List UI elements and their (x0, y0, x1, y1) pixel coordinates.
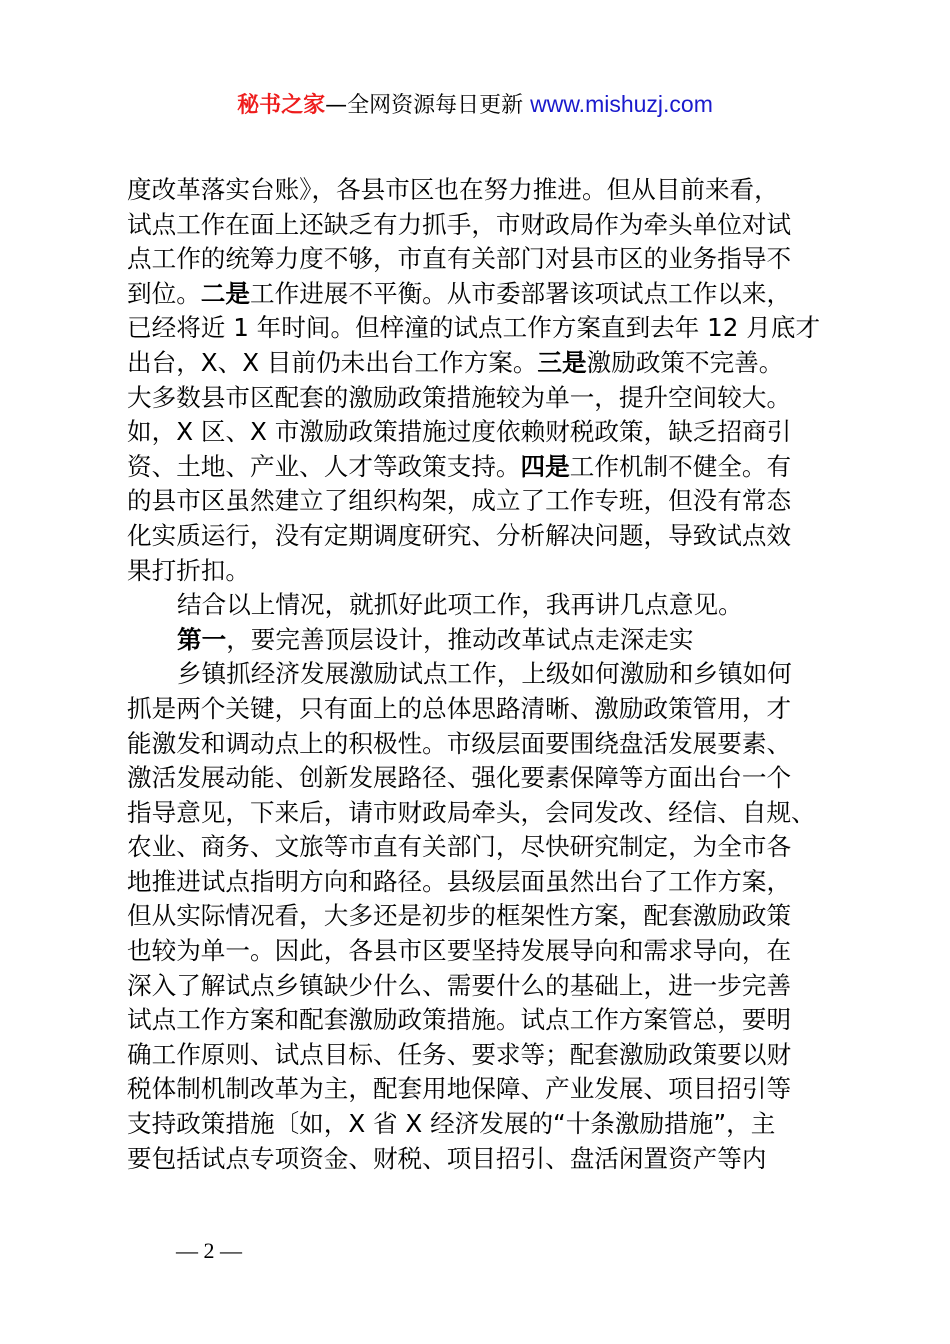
emphasis-label: 四是 (521, 452, 570, 481)
line-text: 税体制机制改革为主，配套用地保障、产业发展、项目招引等 (127, 1074, 791, 1103)
line-text: 结合以上情况，就抓好此项工作，我再讲几点意见。 (177, 590, 743, 619)
text-line: 如，X 区、X 市激励政策措施过度依赖财税政策，缺乏招商引 (127, 415, 839, 450)
line-text: 化实质运行，没有定期调度研究、分析解决问题，导致试点效 (127, 521, 791, 550)
text-line: 大多数县市区配套的激励政策措施较为单一，提升空间较大。 (127, 381, 839, 416)
text-line: 深入了解试点乡镇缺少什么、需要什么的基础上，进一步完善 (127, 969, 839, 1004)
text-line: 指导意见，下来后，请市财政局牵头，会同发改、经信、自规、 (127, 796, 839, 831)
text-line: 果打折扣。 (127, 554, 839, 589)
page-number: — 2 — (176, 1236, 242, 1266)
line-text: 能激发和调动点上的积极性。市级层面要围绕盘活发展要素、 (127, 729, 791, 758)
text-line: 支持政策措施〔如，X 省 X 经济发展的“十条激励措施”，主 (127, 1107, 839, 1142)
line-text: 地推进试点指明方向和路径。县级层面虽然出台了工作方案， (127, 867, 791, 896)
line-text: 深入了解试点乡镇缺少什么、需要什么的基础上，进一步完善 (127, 971, 791, 1000)
text-line: 能激发和调动点上的积极性。市级层面要围绕盘活发展要素、 (127, 727, 839, 762)
line-text: 激活发展动能、创新发展路径、强化要素保障等方面出台一个 (127, 763, 791, 792)
line-text: 果打折扣。 (127, 556, 250, 585)
text-line: 税体制机制改革为主，配套用地保障、产业发展、项目招引等 (127, 1072, 839, 1107)
text-line: 抓是两个关键，只有面上的总体思路清晰、激励政策管用，才 (127, 692, 839, 727)
line-text: 试点工作方案和配套激励政策措施。试点工作方案管总，要明 (127, 1005, 791, 1034)
line-text: 工作进展不平衡。从市委部署该项试点工作以来， (250, 279, 791, 308)
line-text: ，要完善顶层设计，推动改革试点走深走实 (226, 625, 693, 654)
line-text: 指导意见，下来后，请市财政局牵头，会同发改、经信、自规、 (127, 798, 816, 827)
text-line: 试点工作方案和配套激励政策措施。试点工作方案管总，要明 (127, 1003, 839, 1038)
text-line: 地推进试点指明方向和路径。县级层面虽然出台了工作方案， (127, 865, 839, 900)
text-line: 点工作的统筹力度不够，市直有关部门对县市区的业务指导不 (127, 242, 839, 277)
line-text: 资、土地、产业、人才等政策支持。 (127, 452, 521, 481)
line-text: 出台，X、X 目前仍未出台工作方案。 (127, 348, 537, 377)
text-line: 第一，要完善顶层设计，推动改革试点走深走实 (127, 623, 839, 658)
line-text: 点工作的统筹力度不够，市直有关部门对县市区的业务指导不 (127, 244, 791, 273)
line-text: 的县市区虽然建立了组织构架，成立了工作专班，但没有常态 (127, 486, 791, 515)
line-text: 工作机制不健全。有 (570, 452, 791, 481)
text-line: 试点工作在面上还缺乏有力抓手，市财政局作为牵头单位对试 (127, 208, 839, 243)
text-line: 要包括试点专项资金、财税、项目招引、盘活闲置资产等内 (127, 1142, 839, 1177)
text-line: 结合以上情况，就抓好此项工作，我再讲几点意见。 (127, 588, 839, 623)
text-line: 激活发展动能、创新发展路径、强化要素保障等方面出台一个 (127, 761, 839, 796)
line-text: 到位。 (127, 279, 201, 308)
text-line: 度改革落实台账》，各县市区也在努力推进。但从目前来看， (127, 173, 839, 208)
site-banner: 秘书之家—全网资源每日更新 www.mishuzj.com (0, 86, 950, 124)
line-text: 农业、商务、文旅等市直有关部门，尽快研究制定，为全市各 (127, 832, 791, 861)
line-text: 试点工作在面上还缺乏有力抓手，市财政局作为牵头单位对试 (127, 210, 791, 239)
line-text: 如，X 区、X 市激励政策措施过度依赖财税政策，缺乏招商引 (127, 417, 791, 446)
line-text: 大多数县市区配套的激励政策措施较为单一，提升空间较大。 (127, 383, 791, 412)
text-line: 资、土地、产业、人才等政策支持。四是工作机制不健全。有 (127, 450, 839, 485)
text-line: 已经将近 1 年时间。但梓潼的试点工作方案直到去年 12 月底才 (127, 311, 839, 346)
line-text: 确工作原则、试点目标、任务、要求等；配套激励政策要以财 (127, 1040, 791, 1069)
text-line: 也较为单一。因此，各县市区要坚持发展导向和需求导向，在 (127, 934, 839, 969)
text-line: 乡镇抓经济发展激励试点工作，上级如何激励和乡镇如何 (127, 657, 839, 692)
banner-tagline: —全网资源每日更新 (325, 93, 530, 118)
text-line: 农业、商务、文旅等市直有关部门，尽快研究制定，为全市各 (127, 830, 839, 865)
emphasis-label: 第一 (177, 625, 226, 654)
line-text: 抓是两个关键，只有面上的总体思路清晰、激励政策管用，才 (127, 694, 791, 723)
site-url-link[interactable]: www.mishuzj.com (530, 91, 713, 117)
text-line: 到位。二是工作进展不平衡。从市委部署该项试点工作以来， (127, 277, 839, 312)
line-text: 激励政策不完善。 (587, 348, 784, 377)
line-text: 支持政策措施〔如，X 省 X 经济发展的“十条激励措施”，主 (127, 1109, 775, 1138)
text-line: 出台，X、X 目前仍未出台工作方案。三是激励政策不完善。 (127, 346, 839, 381)
line-text: 乡镇抓经济发展激励试点工作，上级如何激励和乡镇如何 (177, 659, 792, 688)
brand-name: 秘书之家 (237, 93, 325, 118)
emphasis-label: 三是 (537, 348, 586, 377)
text-line: 但从实际情况看，大多还是初步的框架性方案，配套激励政策 (127, 899, 839, 934)
line-text: 但从实际情况看，大多还是初步的框架性方案，配套激励政策 (127, 901, 791, 930)
text-line: 化实质运行，没有定期调度研究、分析解决问题，导致试点效 (127, 519, 839, 554)
line-text: 已经将近 1 年时间。但梓潼的试点工作方案直到去年 12 月底才 (127, 313, 820, 342)
text-line: 确工作原则、试点目标、任务、要求等；配套激励政策要以财 (127, 1038, 839, 1073)
document-body: 度改革落实台账》，各县市区也在努力推进。但从目前来看，试点工作在面上还缺乏有力抓… (127, 173, 839, 1176)
line-text: 要包括试点专项资金、财税、项目招引、盘活闲置资产等内 (127, 1144, 766, 1173)
line-text: 度改革落实台账》，各县市区也在努力推进。但从目前来看， (127, 175, 779, 204)
emphasis-label: 二是 (201, 279, 250, 308)
line-text: 也较为单一。因此，各县市区要坚持发展导向和需求导向，在 (127, 936, 791, 965)
text-line: 的县市区虽然建立了组织构架，成立了工作专班，但没有常态 (127, 484, 839, 519)
